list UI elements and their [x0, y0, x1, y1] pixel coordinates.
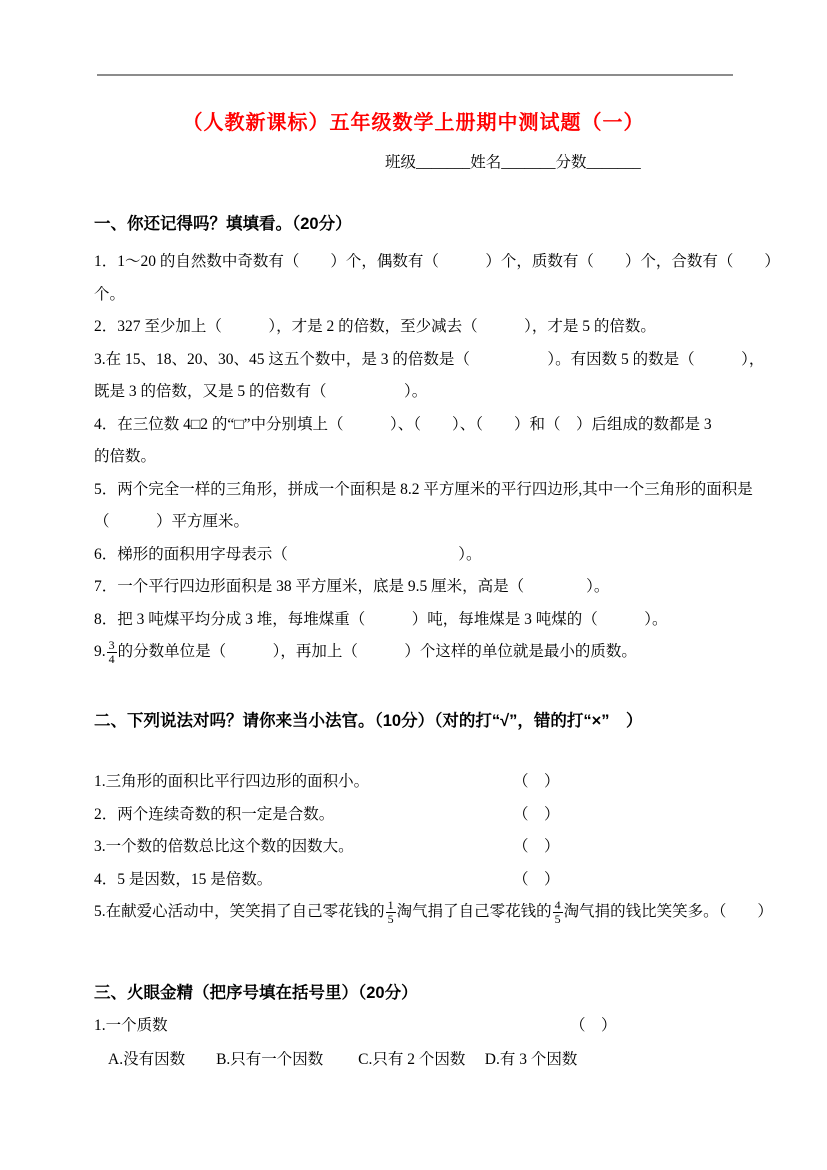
fraction-four-fifths: 45 — [553, 899, 563, 926]
fraction-three-fourths: 34 — [107, 639, 117, 666]
section2-questions: 1.三角形的面积比平行四边形的面积小。（ ） 2．两个连续奇数的积一定是合数。（… — [94, 766, 804, 929]
fill-question-1: 1．1～20 的自然数中奇数有（ ）个，偶数有（ ）个，质数有（ ）个，合数有（… — [94, 246, 804, 311]
question-9-suffix: 的分数单位是（ ），再加上（ ）个这样的单位就是最小的质数。 — [118, 643, 637, 660]
judge-question-5-middle: 淘气捐了自己零花钱的 — [397, 903, 552, 920]
fill-question-8: 8．把 3 吨煤平均分成 3 堆，每堆煤重（ ）吨，每堆煤是 3 吨煤的（ ）。 — [94, 604, 804, 637]
fraction-numerator: 1 — [386, 899, 396, 913]
fraction-numerator: 4 — [553, 899, 563, 913]
fill-question-9: 9.34的分数单位是（ ），再加上（ ）个这样的单位就是最小的质数。 — [94, 636, 804, 669]
section1-heading: 一、你还记得吗？填填看。（20分） — [94, 213, 794, 235]
fraction-denominator: 5 — [386, 913, 396, 926]
header-divider-line — [97, 74, 733, 76]
fill-question-5: 5．两个完全一样的三角形，拼成一个面积是 8.2 平方厘米的平行四边形,其中一个… — [94, 474, 804, 539]
answer-bracket-5: （ ） — [570, 1014, 617, 1038]
judge-question-4: 4．5 是因数，15 是倍数。（ ） — [94, 864, 804, 897]
section1-questions: 1．1～20 的自然数中奇数有（ ）个，偶数有（ ）个，质数有（ ）个，合数有（… — [94, 246, 804, 669]
judge-question-1: 1.三角形的面积比平行四边形的面积小。（ ） — [94, 766, 804, 799]
fill-question-6: 6．梯形的面积用字母表示（ ）。 — [94, 539, 804, 572]
worksheet-page: （人教新课标）五年级数学上册期中测试题（一） 班级_______姓名______… — [0, 0, 827, 1170]
fill-question-3: 3.在 15、18、20、30、45 这五个数中，是 3 的倍数是（ ）。有因数… — [94, 344, 804, 409]
page-title: （人教新课标）五年级数学上册期中测试题（一） — [0, 106, 827, 135]
question-9-prefix: 9. — [94, 643, 106, 660]
choice-question-1-options: A.没有因数 B.只有一个因数 C.只有 2 个因数 D.有 3 个因数 — [108, 1048, 577, 1072]
judge-question-1-text: 1.三角形的面积比平行四边形的面积小。 — [94, 773, 369, 790]
fill-question-7: 7．一个平行四边形面积是 38 平方厘米，底是 9.5 厘米，高是（ ）。 — [94, 571, 804, 604]
fraction-denominator: 4 — [107, 653, 117, 666]
answer-bracket-4: （ ） — [513, 864, 560, 897]
judge-question-5: 5.在献爱心活动中，笑笑捐了自己零花钱的15淘气捐了自己零花钱的45淘气捐的钱比… — [94, 896, 804, 929]
judge-question-3: 3.一个数的倍数总比这个数的因数大。（ ） — [94, 831, 804, 864]
judge-question-4-text: 4．5 是因数，15 是倍数。 — [94, 871, 272, 888]
answer-bracket-2: （ ） — [513, 799, 560, 832]
fraction-one-fifth: 15 — [386, 899, 396, 926]
judge-question-5-suffix: 淘气捐的钱比笑笑多。（ ） — [564, 903, 773, 920]
answer-bracket-3: （ ） — [513, 831, 560, 864]
judge-question-3-text: 3.一个数的倍数总比这个数的因数大。 — [94, 838, 354, 855]
section3-heading: 三、火眼金精（把序号填在括号里）（20分） — [94, 982, 794, 1004]
fraction-denominator: 5 — [553, 913, 563, 926]
choice-question-1-text: 1.一个质数 — [94, 1017, 168, 1034]
judge-question-2: 2．两个连续奇数的积一定是合数。（ ） — [94, 799, 804, 832]
fill-question-4: 4．在三位数 4□2 的“□”中分别填上（ ）、（ ）、（ ）和（ ）后组成的数… — [94, 409, 804, 474]
judge-question-5-prefix: 5.在献爱心活动中，笑笑捐了自己零花钱的 — [94, 903, 385, 920]
section2-heading: 二、下列说法对吗？请你来当小法官。（10分）（对的打“√”，错的打“×” ） — [94, 710, 794, 732]
choice-question-1: 1.一个质数（ ） — [94, 1014, 804, 1038]
answer-bracket-1: （ ） — [513, 766, 560, 799]
fraction-numerator: 3 — [107, 639, 117, 653]
student-info-blanks: 班级_______姓名_______分数_______ — [385, 150, 641, 172]
judge-question-2-text: 2．两个连续奇数的积一定是合数。 — [94, 806, 334, 823]
fill-question-2: 2．327 至少加上（ ），才是 2 的倍数，至少减去（ ），才是 5 的倍数。 — [94, 311, 804, 344]
